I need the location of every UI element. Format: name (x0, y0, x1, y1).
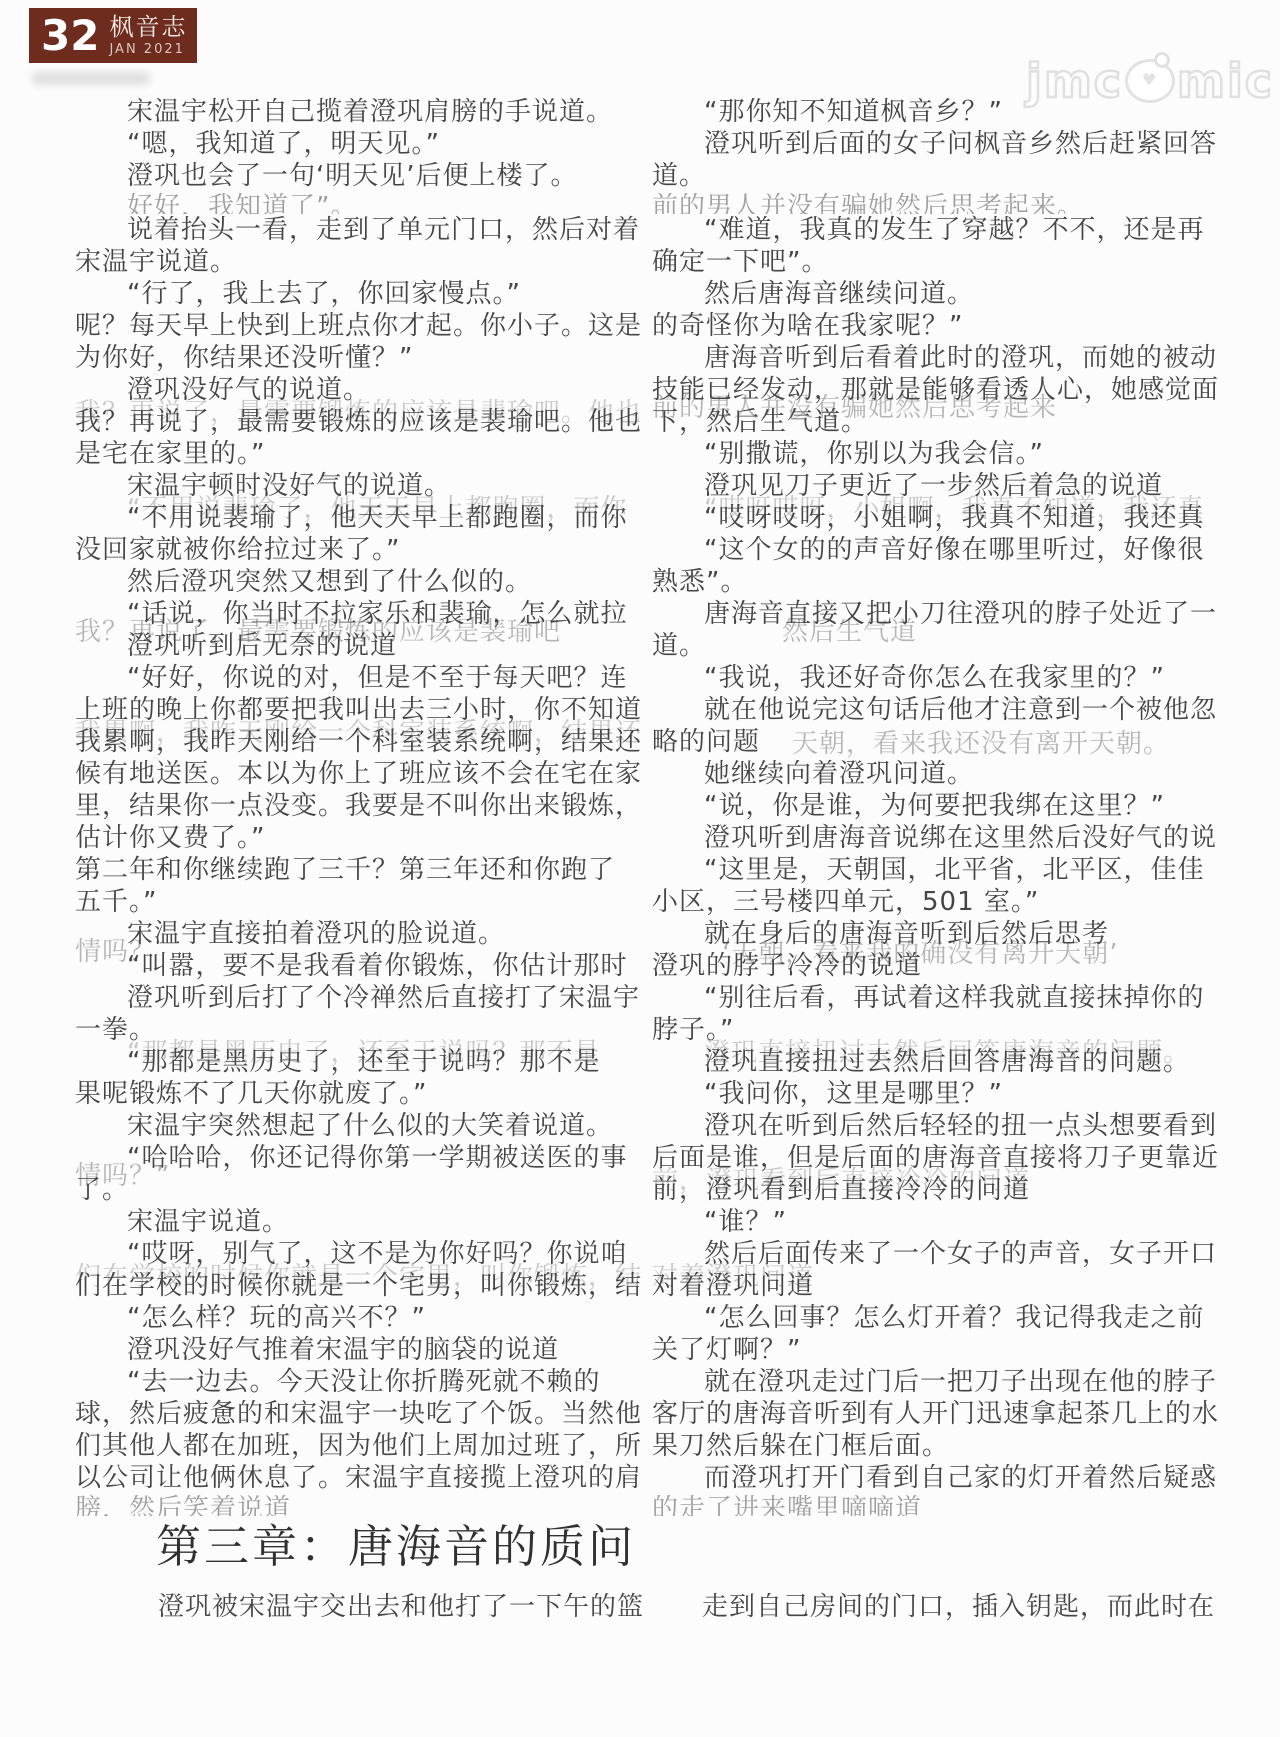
text-line: 的走了进来嘴里嘀嘀道 (652, 1494, 1227, 1516)
text-line: 球，然后疲惫的和宋温宇一块吃了个饭。当然他 (75, 1398, 660, 1430)
text-line: 一拳。 (75, 1014, 660, 1046)
text-line: “难道，我真的发生了穿越？不不，还是再 (652, 214, 1227, 246)
line-text: 前的男人并没有骗她然后思考起来。 (652, 192, 1084, 214)
magazine-title: 枫音志 (109, 14, 187, 40)
text-line: 澄巩听到唐海音说绑在这里然后没好气的说 (652, 822, 1227, 854)
text-line: “我问你，这里是哪里？” (652, 1078, 1227, 1110)
line-text: 略的问题 (652, 727, 760, 757)
text-line: 情吗？“叫嚣，要不是我看着你锻炼，你估计那时 (75, 950, 660, 982)
left-column-last-line: 澄巩被宋温宇交出去和他打了一下午的篮 (158, 1586, 644, 1623)
line-text: 的走了进来嘴里嘀嘀道 (652, 1494, 922, 1516)
line-text: 宋温宇说道。 (75, 247, 237, 277)
line-text: “哎呀，别气了，这不是为你好吗？你说咱 (127, 1239, 627, 1269)
line-text: 就在身后的唐海音听到后然后思考 (704, 919, 1109, 949)
text-line: 她继续向着澄巩问道。 (652, 758, 1227, 790)
line-text: “别往后看，再试着这样我就直接抹掉你的 (704, 983, 1204, 1013)
text-line: 就在他说完这句话后他才注意到一个被他忽 (652, 694, 1227, 726)
text-line: 宋温宇直接拍着澄巩的脸说道。 (75, 918, 660, 950)
line-text: 宋温宇说道。 (127, 1207, 289, 1237)
line-text: 是宅在家里的。” (75, 439, 265, 469)
text-line: 澄巩没好气的说道。 (75, 374, 660, 406)
text-line: “别往后看，再试着这样我就直接抹掉你的 (652, 982, 1227, 1014)
line-text: 她继续向着澄巩问道。 (704, 759, 974, 789)
text-line: 脖子。” (652, 1014, 1227, 1046)
text-line: 没回家就被你给拉过来了。” (75, 534, 660, 566)
line-text: 技能已经发动，那就是能够看透人心，她感觉面 (652, 375, 1219, 405)
text-line: 宋温宇说道。 (75, 246, 660, 278)
text-line: 好好，我知道了”。 (75, 192, 660, 214)
print-smudge (32, 72, 150, 85)
line-text: 前，澄巩看到后直接冷冷的问道 (652, 1175, 1030, 1205)
text-line: 我？再说了，最需要锻炼的应该是裴瑜吧。他也 (75, 406, 660, 438)
text-line: 宋温宇顿时没好气的说道。 (75, 470, 660, 502)
line-text: “哈哈哈，你还记得你第一学期被送医的事 (127, 1143, 627, 1173)
text-line: 里，结果你一点没变。我要是不叫你出来锻炼， (75, 790, 660, 822)
text-line: 关了灯啊？” (652, 1334, 1227, 1366)
text-line: 宋温宇松开自己揽着澄巩肩膀的手说道。 (75, 96, 660, 128)
line-text: 呢？每天早上快到上班点你才起。你小子。这是 (75, 311, 642, 341)
text-line: 五千。” (75, 886, 660, 918)
line-text: 以公司让他俩休息了。宋温宇直接揽上澄巩的肩 (75, 1463, 642, 1493)
text-line: 小区，三号楼四单元，501 室。” (652, 886, 1227, 918)
line-text: “我问你，这里是哪里？” (704, 1079, 1003, 1109)
text-line: 熟悉”。 (652, 566, 1227, 598)
line-text: “那你知不知道枫音乡？” (704, 97, 1003, 127)
text-line: 我累啊，我昨天刚给一个科室装系统啊，结果还 (75, 726, 660, 758)
text-line: 上班的晚上你都要把我叫出去三小时，你不知道 (75, 694, 660, 726)
line-text: 确定一下吧”。 (652, 247, 828, 277)
text-line: 们在学校的时候你就是一个宅男，叫你锻炼，结 (75, 1270, 660, 1302)
ghost-text-artifact: 天朝，看来我还没有离开天朝。 (792, 728, 1170, 760)
line-text: “话说，你当时不拉家乐和裴瑜，怎么就拉 (127, 599, 627, 629)
text-line: 前的男人并没有骗她然后思考起来下，然后生气道。 (652, 406, 1227, 438)
text-line: “这个女的的声音好像在哪里听过，好像很 (652, 534, 1227, 566)
text-line: “哎呀哎呀，小姐啊，我真不知道，我还真 (652, 502, 1227, 534)
text-line: 为你好，你结果还没听懂？” (75, 342, 660, 374)
text-line: 客厅的唐海音听到有人开门迅速拿起茶几上的水 (652, 1398, 1227, 1430)
text-line: 后面是谁，但是后面的唐海音直接将刀子更靠近 (652, 1142, 1227, 1174)
text-line: “哈哈哈，你还记得你第一学期被送医的事 (75, 1142, 660, 1174)
text-line: “那你知不知道枫音乡？” (652, 96, 1227, 128)
text-line: 前的男人并没有骗她然后思考起来。 (652, 192, 1227, 214)
line-text: 然后后面传来了一个女子的声音，女子开口 (704, 1239, 1217, 1269)
line-text: 关了灯啊？” (652, 1335, 801, 1365)
text-line: “怎么回事？怎么灯开着？我记得我走之前 (652, 1302, 1227, 1334)
text-line: 澄巩听到后打了个冷禅然后直接打了宋温宇 (75, 982, 660, 1014)
text-line: 唐海音听到后看着此时的澄巩，而她的被动 (652, 342, 1227, 374)
text-line: 第二年和你继续跑了三千？第三年还和你跑了 (75, 854, 660, 886)
line-text: 了。 (75, 1175, 129, 1205)
line-text: 一拳。 (75, 1015, 156, 1045)
text-line: 我？再说了，最需要锻炼的应该是裴瑜吧澄巩听到后无奈的说道 (75, 630, 660, 662)
line-text: 对着澄巩问道 (652, 1271, 814, 1301)
line-text: 里，结果你一点没变。我要是不叫你出来锻炼， (75, 791, 642, 821)
line-text: 们其他人都在加班，因为他们上周加过班了，所 (75, 1431, 642, 1461)
line-text: 候有地送医。本以为你上了班应该不会在宅在家 (75, 759, 642, 789)
text-line: 然后生气道道。 (652, 630, 1227, 662)
text-column-right: “那你知不知道枫音乡？”澄巩听到后面的女子问枫音乡然后赶紧回答道。前的男人并没有… (652, 96, 1227, 1516)
line-text: “好好，你说的对，但是不至于每天吧？连 (127, 663, 627, 693)
line-text: “说，你是谁，为何要把我绑在这里？” (704, 791, 1165, 821)
page-number: 32 (41, 15, 99, 57)
line-text: 下，然后生气道。 (652, 407, 868, 437)
line-text: “难道，我真的发生了穿越？不不，还是再 (704, 215, 1204, 245)
text-line: 道。 (652, 160, 1227, 192)
page-badge: 32 枫音志 JAN 2021 (29, 8, 197, 63)
magazine-page: 32 枫音志 JAN 2021 jmc mic 宋温宇松开自己揽着澄巩肩膀的手说… (0, 0, 1280, 1737)
line-text: 们在学校的时候你就是一个宅男，叫你锻炼，结 (75, 1271, 642, 1301)
line-text: 澄巩听到后无奈的说道 (127, 631, 397, 661)
text-line: 然后澄巩突然又想到了什么似的。 (75, 566, 660, 598)
line-text: “那都是黑历史了，还至于说吗？那不是 (127, 1047, 600, 1077)
line-text: “叫嚣，要不是我看着你锻炼，你估计那时 (127, 951, 627, 981)
text-line: 澄巩见刀子更近了一步然后着急的说道 (652, 470, 1227, 502)
line-text: 就在他说完这句话后他才注意到一个被他忽 (704, 695, 1217, 725)
line-text: 客厅的唐海音听到有人开门迅速拿起茶几上的水 (652, 1399, 1219, 1429)
text-line: 而澄巩打开门看到自己家的灯开着然后疑惑 (652, 1462, 1227, 1494)
text-line: “话说，你当时不拉家乐和裴瑜，怎么就拉 (75, 598, 660, 630)
text-line: 果呢锻炼不了几天你就废了。” (75, 1078, 660, 1110)
text-line: 对着澄巩问道 (652, 1270, 1227, 1302)
text-line: 然后后面传来了一个女子的声音，女子开口 (652, 1238, 1227, 1270)
line-text: “嗯，我知道了，明天见。” (127, 129, 440, 159)
text-line: “好好，你说的对，但是不至于每天吧？连 (75, 662, 660, 694)
chapter-heading: 第三章：唐海音的质问 (156, 1510, 636, 1575)
text-line: 是宅在家里的。” (75, 438, 660, 470)
text-line: 技能已经发动，那就是能够看透人心，她感觉面 (652, 374, 1227, 406)
text-line: 情吗？”了。 (75, 1174, 660, 1206)
line-text: 我？再说了，最需要锻炼的应该是裴瑜吧。他也 (75, 407, 642, 437)
line-text: 脖子。” (652, 1015, 734, 1045)
text-line: 宋温宇突然想起了什么似的大笑着说道。 (75, 1110, 660, 1142)
line-text: 澄巩听到唐海音说绑在这里然后没好气的说 (704, 823, 1217, 853)
line-text: 为你好，你结果还没听懂？” (75, 343, 413, 373)
line-text: 澄巩直接扭过去然后回答唐海音的问题。 (704, 1047, 1190, 1077)
line-text: 然后唐海音继续问道。 (704, 279, 974, 309)
line-text: 小区，三号楼四单元，501 室。” (652, 887, 1039, 917)
line-text: 估计你又费了。” (75, 823, 265, 853)
line-text: “哎呀哎呀，小姐啊，我真不知道，我还真 (704, 503, 1204, 533)
line-text: 澄巩的脖子冷冷的说道 (652, 951, 922, 981)
line-text: “这个女的的声音好像在哪里听过，好像很 (704, 535, 1204, 565)
line-text: 道。 (652, 161, 706, 191)
line-text: “不用说裴瑜了，他天天早上都跑圈，而你 (127, 503, 627, 533)
line-text: 澄巩也会了一句‘明天见’后便上楼了。 (127, 161, 578, 191)
text-line: “这里是，天朝国，北平省，北平区，佳佳 (652, 854, 1227, 886)
line-text: 我累啊，我昨天刚给一个科室装系统啊，结果还 (75, 727, 642, 757)
text-line: “行了，我上去了，你回家慢点。” (75, 278, 660, 310)
line-text: “谁？” (704, 1207, 787, 1237)
line-text: 澄巩听到后打了个冷禅然后直接打了宋温宇 (127, 983, 640, 1013)
line-text: “我说，我还好奇你怎么在我家里的？” (704, 663, 1165, 693)
line-text: 澄巩在听到后然后轻轻的扭一点头想要看到 (704, 1111, 1217, 1141)
line-text: 宋温宇突然想起了什么似的大笑着说道。 (127, 1111, 613, 1141)
text-line: 就在澄巩走过门后一把刀子出现在他的脖子 (652, 1366, 1227, 1398)
line-text: 宋温宇顿时没好气的说道。 (127, 471, 451, 501)
text-line: “说，你是谁，为何要把我绑在这里？” (652, 790, 1227, 822)
line-text: 唐海音直接又把小刀往澄巩的脖子处近了一 (704, 599, 1217, 629)
line-text: 果呢锻炼不了几天你就废了。” (75, 1079, 427, 1109)
text-line: 估计你又费了。” (75, 822, 660, 854)
text-line: 候有地送医。本以为你上了班应该不会在宅在家 (75, 758, 660, 790)
text-line: ‘天朝，看来我的确没有离开天朝’澄巩的脖子冷冷的说道 (652, 950, 1227, 982)
line-text: 澄巩听到后面的女子问枫音乡然后赶紧回答 (704, 129, 1217, 159)
text-line: “不用说裴瑜了，他天天早上都跑圈，而你 (75, 502, 660, 534)
text-line: 澄巩没好气推着宋温宇的脑袋的说道 (75, 1334, 660, 1366)
line-text: “别撒谎，你别以为我会信。” (704, 439, 1044, 469)
text-line: 就在身后的唐海音听到后然后思考 (652, 918, 1227, 950)
line-text: “怎么样？玩的高兴不？” (127, 1303, 426, 1333)
line-text: 道。 (652, 631, 706, 661)
text-line: 们其他人都在加班，因为他们上周加过班了，所 (75, 1430, 660, 1462)
text-line: “那都是黑历史了，还至于说吗？那不是 (75, 1046, 660, 1078)
line-text: 而澄巩打开门看到自己家的灯开着然后疑惑 (704, 1463, 1217, 1493)
text-line: 澄巩在听到后然后轻轻的扭一点头想要看到 (652, 1110, 1227, 1142)
line-text: “这里是，天朝国，北平省，北平区，佳佳 (704, 855, 1204, 885)
text-line: 澄巩听到后面的女子问枫音乡然后赶紧回答 (652, 128, 1227, 160)
line-text: 没回家就被你给拉过来了。” (75, 535, 400, 565)
text-line: 澄巩也会了一句‘明天见’后便上楼了。 (75, 160, 660, 192)
text-line: 宋温宇说道。 (75, 1206, 660, 1238)
text-line: “我说，我还好奇你怎么在我家里的？” (652, 662, 1227, 694)
text-line: “嗯，我知道了，明天见。” (75, 128, 660, 160)
line-text: 说着抬头一看，走到了单元门口，然后对着 (127, 215, 640, 245)
text-line: 的奇怪你为啥在我家呢？” (652, 310, 1227, 342)
line-text: 唐海音听到后看着此时的澄巩，而她的被动 (704, 343, 1217, 373)
text-line: 天朝，看来我还没有离开天朝。略的问题 (652, 726, 1227, 758)
line-text: 澄巩没好气推着宋温宇的脑袋的说道 (127, 1335, 559, 1365)
line-text: 宋温宇直接拍着澄巩的脸说道。 (127, 919, 505, 949)
line-text: 好好，我知道了”。 (127, 192, 357, 214)
text-line: 果刀然后躲在门框后面。 (652, 1430, 1227, 1462)
badge-text-stack: 枫音志 JAN 2021 (109, 14, 187, 56)
text-line: 唐海音直接又把小刀往澄巩的脖子处近了一 (652, 598, 1227, 630)
text-line: 澄巩直接扭过去然后回答唐海音的问题。 (652, 1046, 1227, 1078)
line-text: 澄巩没好气的说道。 (127, 375, 370, 405)
text-line: 说着抬头一看，走到了单元门口，然后对着 (75, 214, 660, 246)
line-text: 就在澄巩走过门后一把刀子出现在他的脖子 (704, 1367, 1217, 1397)
line-text: 上班的晚上你都要把我叫出去三小时，你不知道 (75, 695, 642, 725)
line-text: 第二年和你继续跑了三千？第三年还和你跑了 (75, 855, 615, 885)
text-line: 前，澄巩看到后直接冷冷的问道 (652, 1174, 1227, 1206)
line-text: 熟悉”。 (652, 567, 747, 597)
line-text: 果刀然后躲在门框后面。 (652, 1431, 949, 1461)
line-text: “行了，我上去了，你回家慢点。” (127, 279, 521, 309)
text-line: “怎么样？玩的高兴不？” (75, 1302, 660, 1334)
text-line: 呢？每天早上快到上班点你才起。你小子。这是 (75, 310, 660, 342)
text-line: “去一边去。今天没让你折腾死就不赖的 (75, 1366, 660, 1398)
line-text: 的奇怪你为啥在我家呢？” (652, 311, 963, 341)
line-text: 五千。” (75, 887, 157, 917)
line-text: 然后澄巩突然又想到了什么似的。 (127, 567, 532, 597)
right-column-last-line: 走到自己房间的门口，插入钥匙，而此时在 (702, 1586, 1215, 1623)
line-text: “怎么回事？怎么灯开着？我记得我走之前 (704, 1303, 1204, 1333)
issue-date: JAN 2021 (109, 42, 187, 57)
line-text: 宋温宇松开自己揽着澄巩肩膀的手说道。 (127, 97, 613, 127)
line-text: “去一边去。今天没让你折腾死就不赖的 (127, 1367, 600, 1397)
line-text: 澄巩见刀子更近了一步然后着急的说道 (704, 471, 1163, 501)
text-line: “别撒谎，你别以为我会信。” (652, 438, 1227, 470)
text-line: 以公司让他俩休息了。宋温宇直接揽上澄巩的肩 (75, 1462, 660, 1494)
text-line: “哎呀，别气了，这不是为你好吗？你说咱 (75, 1238, 660, 1270)
line-text: 球，然后疲惫的和宋温宇一块吃了个饭。当然他 (75, 1399, 642, 1429)
text-line: 然后唐海音继续问道。 (652, 278, 1227, 310)
text-line: 确定一下吧”。 (652, 246, 1227, 278)
line-text: 后面是谁，但是后面的唐海音直接将刀子更靠近 (652, 1143, 1219, 1173)
text-line: “谁？” (652, 1206, 1227, 1238)
text-column-left: 宋温宇松开自己揽着澄巩肩膀的手说道。“嗯，我知道了，明天见。”澄巩也会了一句‘明… (75, 96, 660, 1516)
